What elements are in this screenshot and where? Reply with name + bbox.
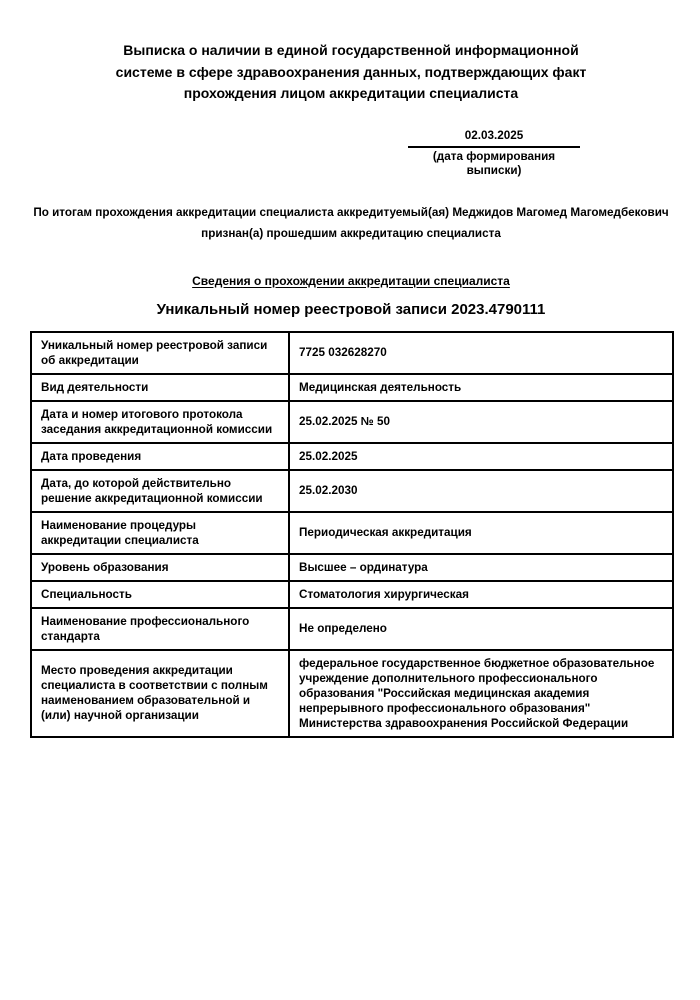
row-label: Уникальный номер реестровой записи об ак… — [31, 332, 289, 374]
row-value: Высшее – ординатура — [289, 554, 673, 581]
table-row: Наименование процедуры аккредитации спец… — [31, 512, 673, 554]
row-value: Периодическая аккредитация — [289, 512, 673, 554]
intro-paragraph-line: По итогам прохождения аккредитации специ… — [30, 202, 672, 223]
document-page: Выписка о наличии в единой государственн… — [0, 0, 700, 1000]
document-content: Выписка о наличии в единой государственн… — [0, 0, 700, 738]
row-value: 25.02.2025 № 50 — [289, 401, 673, 443]
table-row: Дата проведения 25.02.2025 — [31, 443, 673, 470]
table-row: Уровень образования Высшее – ординатура — [31, 554, 673, 581]
row-value: 25.02.2025 — [289, 443, 673, 470]
row-label: Место проведения аккредитации специалист… — [31, 650, 289, 737]
intro-paragraph: По итогам прохождения аккредитации специ… — [30, 202, 672, 244]
extract-date-value: 02.03.2025 — [408, 129, 580, 148]
document-title-line: прохождения лицом аккредитации специалис… — [30, 83, 672, 105]
table-row: Наименование профессионального стандарта… — [31, 608, 673, 650]
table-row: Вид деятельности Медицинская деятельност… — [31, 374, 673, 401]
document-title: Выписка о наличии в единой государственн… — [30, 40, 672, 105]
row-value: Медицинская деятельность — [289, 374, 673, 401]
row-label: Дата, до которой действительно решение а… — [31, 470, 289, 512]
row-label: Вид деятельности — [31, 374, 289, 401]
row-label: Наименование процедуры аккредитации спец… — [31, 512, 289, 554]
row-value: 7725 032628270 — [289, 332, 673, 374]
document-title-line: Выписка о наличии в единой государственн… — [30, 40, 672, 62]
registry-record-heading: Уникальный номер реестровой записи 2023.… — [30, 301, 672, 318]
row-label: Наименование профессионального стандарта — [31, 608, 289, 650]
row-value: Стоматология хирургическая — [289, 581, 673, 608]
row-value: федеральное государственное бюджетное об… — [289, 650, 673, 737]
document-title-line: системе в сфере здравоохранения данных, … — [30, 62, 672, 84]
row-value: 25.02.2030 — [289, 470, 673, 512]
table-row: Место проведения аккредитации специалист… — [31, 650, 673, 737]
accreditation-table: Уникальный номер реестровой записи об ак… — [30, 331, 674, 738]
extract-date-caption: (дата формирования выписки) — [408, 148, 580, 178]
table-row: Дата и номер итогового протокола заседан… — [31, 401, 673, 443]
extract-date-block: 02.03.2025 (дата формирования выписки) — [408, 129, 580, 178]
section-heading: Сведения о прохождении аккредитации спец… — [30, 274, 672, 288]
table-row: Уникальный номер реестровой записи об ак… — [31, 332, 673, 374]
table-row: Дата, до которой действительно решение а… — [31, 470, 673, 512]
intro-paragraph-line: признан(а) прошедшим аккредитацию специа… — [30, 223, 672, 244]
row-label: Специальность — [31, 581, 289, 608]
row-value: Не определено — [289, 608, 673, 650]
table-row: Специальность Стоматология хирургическая — [31, 581, 673, 608]
row-label: Дата и номер итогового протокола заседан… — [31, 401, 289, 443]
row-label: Уровень образования — [31, 554, 289, 581]
row-label: Дата проведения — [31, 443, 289, 470]
